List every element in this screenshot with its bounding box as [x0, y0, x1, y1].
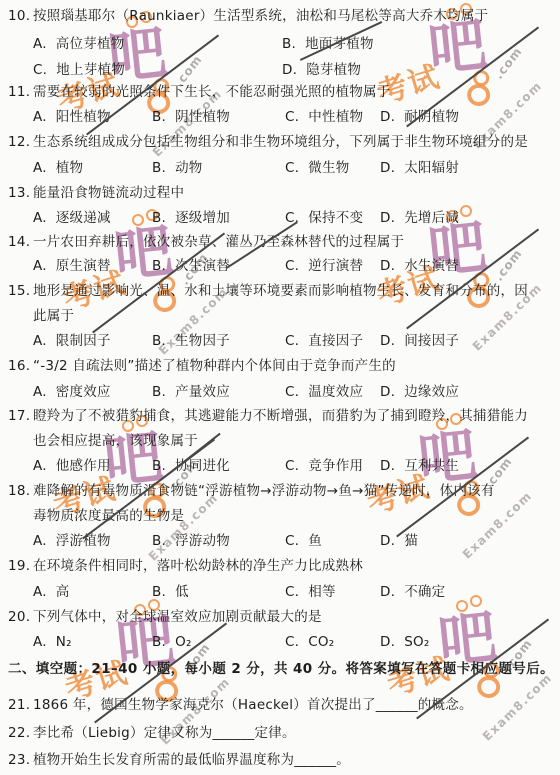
- option-b: B.动物: [152, 160, 203, 177]
- question-number: 19.: [8, 558, 30, 575]
- option-a: A.原生演替: [33, 258, 111, 275]
- option-b: B.协同进化: [152, 458, 230, 475]
- option-d: D.不确定: [380, 584, 445, 601]
- option-b: B.地面芽植物: [282, 36, 374, 53]
- question-text: 生态系统组成成分包括生物组分和非生物环境组分，下列属于非生物环境组分的是: [33, 134, 528, 151]
- question-number: 10.: [8, 8, 30, 25]
- question-number: 14.: [8, 234, 30, 251]
- option-c: C.相等: [285, 584, 336, 601]
- question-number: 18.: [8, 483, 30, 500]
- question-text: 李比希（Liebig）定律又称为______定律。: [33, 725, 296, 742]
- option-b: B.产量效应: [152, 384, 230, 401]
- option-a: A.他感作用: [33, 458, 111, 475]
- option-d: D.隐芽植物: [282, 62, 361, 79]
- exam-paper-page: 吧 考试 .com Exam8.com 吧 考试 .com Exam8.com …: [0, 0, 560, 775]
- option-c: C.直接因子: [285, 333, 363, 350]
- question-number: 20.: [8, 609, 30, 626]
- option-c: C.地上芽植物: [33, 62, 125, 79]
- option-d: D.互利共生: [380, 458, 459, 475]
- question-text: 需要在较弱的光照条件下生长，不能忍耐强光照的植物属于: [33, 84, 391, 101]
- option-c: C.竞争作用: [285, 458, 363, 475]
- ring: [476, 675, 502, 700]
- option-a: A.高: [33, 584, 70, 601]
- question-text: “-3/2 自疏法则”描述了植物种群内个体间由于竞争而产生的: [33, 358, 396, 375]
- question-text: 按照瑙基耶尔（Raunkiaer）生活型系统，油松和马尾松等高大乔木均属于: [33, 8, 488, 25]
- option-b: B.阴性植物: [152, 109, 230, 126]
- question-number: 22.: [8, 725, 30, 742]
- question-text: 此属于: [33, 308, 74, 325]
- question-number: 23.: [8, 752, 30, 769]
- option-c: C.保持不变: [285, 210, 363, 227]
- option-b: B.低: [152, 584, 189, 601]
- option-b: B.浮游动物: [152, 533, 230, 550]
- option-a: A.N₂: [33, 634, 72, 651]
- question-text: 能量沿食物链流动过程中: [33, 185, 184, 202]
- option-b: B.生物因子: [152, 333, 230, 350]
- question-text: 在环境条件相同时，落叶松幼龄林的净生产力比成熟林: [33, 558, 363, 575]
- option-a: A.高位芽植物: [33, 36, 125, 53]
- question-number: 13.: [8, 185, 30, 202]
- question-number: 17.: [8, 408, 30, 425]
- option-a: A.密度效应: [33, 384, 111, 401]
- question-number: 21.: [8, 697, 30, 714]
- option-b: B.O₂: [152, 634, 192, 651]
- option-d: D.边缘效应: [380, 384, 459, 401]
- question-text: 瞪羚为了不被猎豹捕食，其逃避能力不断增强，而猎豹为了捕到瞪羚，其捕猎能力: [33, 408, 528, 425]
- option-a: A.限制因子: [33, 333, 111, 350]
- option-c: C.CO₂: [285, 634, 334, 651]
- option-d: D.SO₂: [380, 634, 430, 651]
- option-c: C.微生物: [285, 160, 349, 177]
- question-text: 也会相应提高，该现象属于: [33, 433, 198, 450]
- option-a: A.浮游植物: [33, 533, 111, 550]
- question-text: 1866 年，德国生物学家海克尔（Haeckel）首次提出了______的概念。: [33, 697, 473, 714]
- ring: [466, 83, 492, 108]
- question-text: 下列气体中，对全球温室效应加剧贡献最大的是: [33, 609, 322, 626]
- question-text: 植物开始生长发育所需的最低临界温度称为______。: [33, 752, 350, 769]
- eight-logo-icon: [466, 69, 493, 108]
- exam8-watermark: 吧 考试 .com Exam8.com: [382, 216, 552, 346]
- option-a: A.逐级递减: [33, 210, 111, 227]
- option-a: A.植物: [33, 160, 83, 177]
- option-c: C.鱼: [285, 533, 322, 550]
- exam8-watermark: 吧 考试 .com Exam8.com: [382, 14, 552, 144]
- question-number: 12.: [8, 134, 30, 151]
- question-number: 15.: [8, 283, 30, 300]
- question-number: 11.: [8, 84, 30, 101]
- question-text: 难降解的有毒物质沿食物链“浮游植物→浮游动物→鱼→猫”传递时，体内该有: [33, 483, 495, 500]
- question-number: 16.: [8, 358, 30, 375]
- option-b: B.次生演替: [152, 258, 230, 275]
- option-c: C.温度效应: [285, 384, 363, 401]
- option-b: B.逐级增加: [152, 210, 230, 227]
- option-c: C.逆行演替: [285, 258, 363, 275]
- option-c: C.中性植物: [285, 109, 363, 126]
- option-d: D.水生演替: [380, 258, 459, 275]
- option-d: D.太阳辐射: [380, 160, 459, 177]
- option-d: D.先增后减: [380, 210, 459, 227]
- option-d: D.间接因子: [380, 333, 459, 350]
